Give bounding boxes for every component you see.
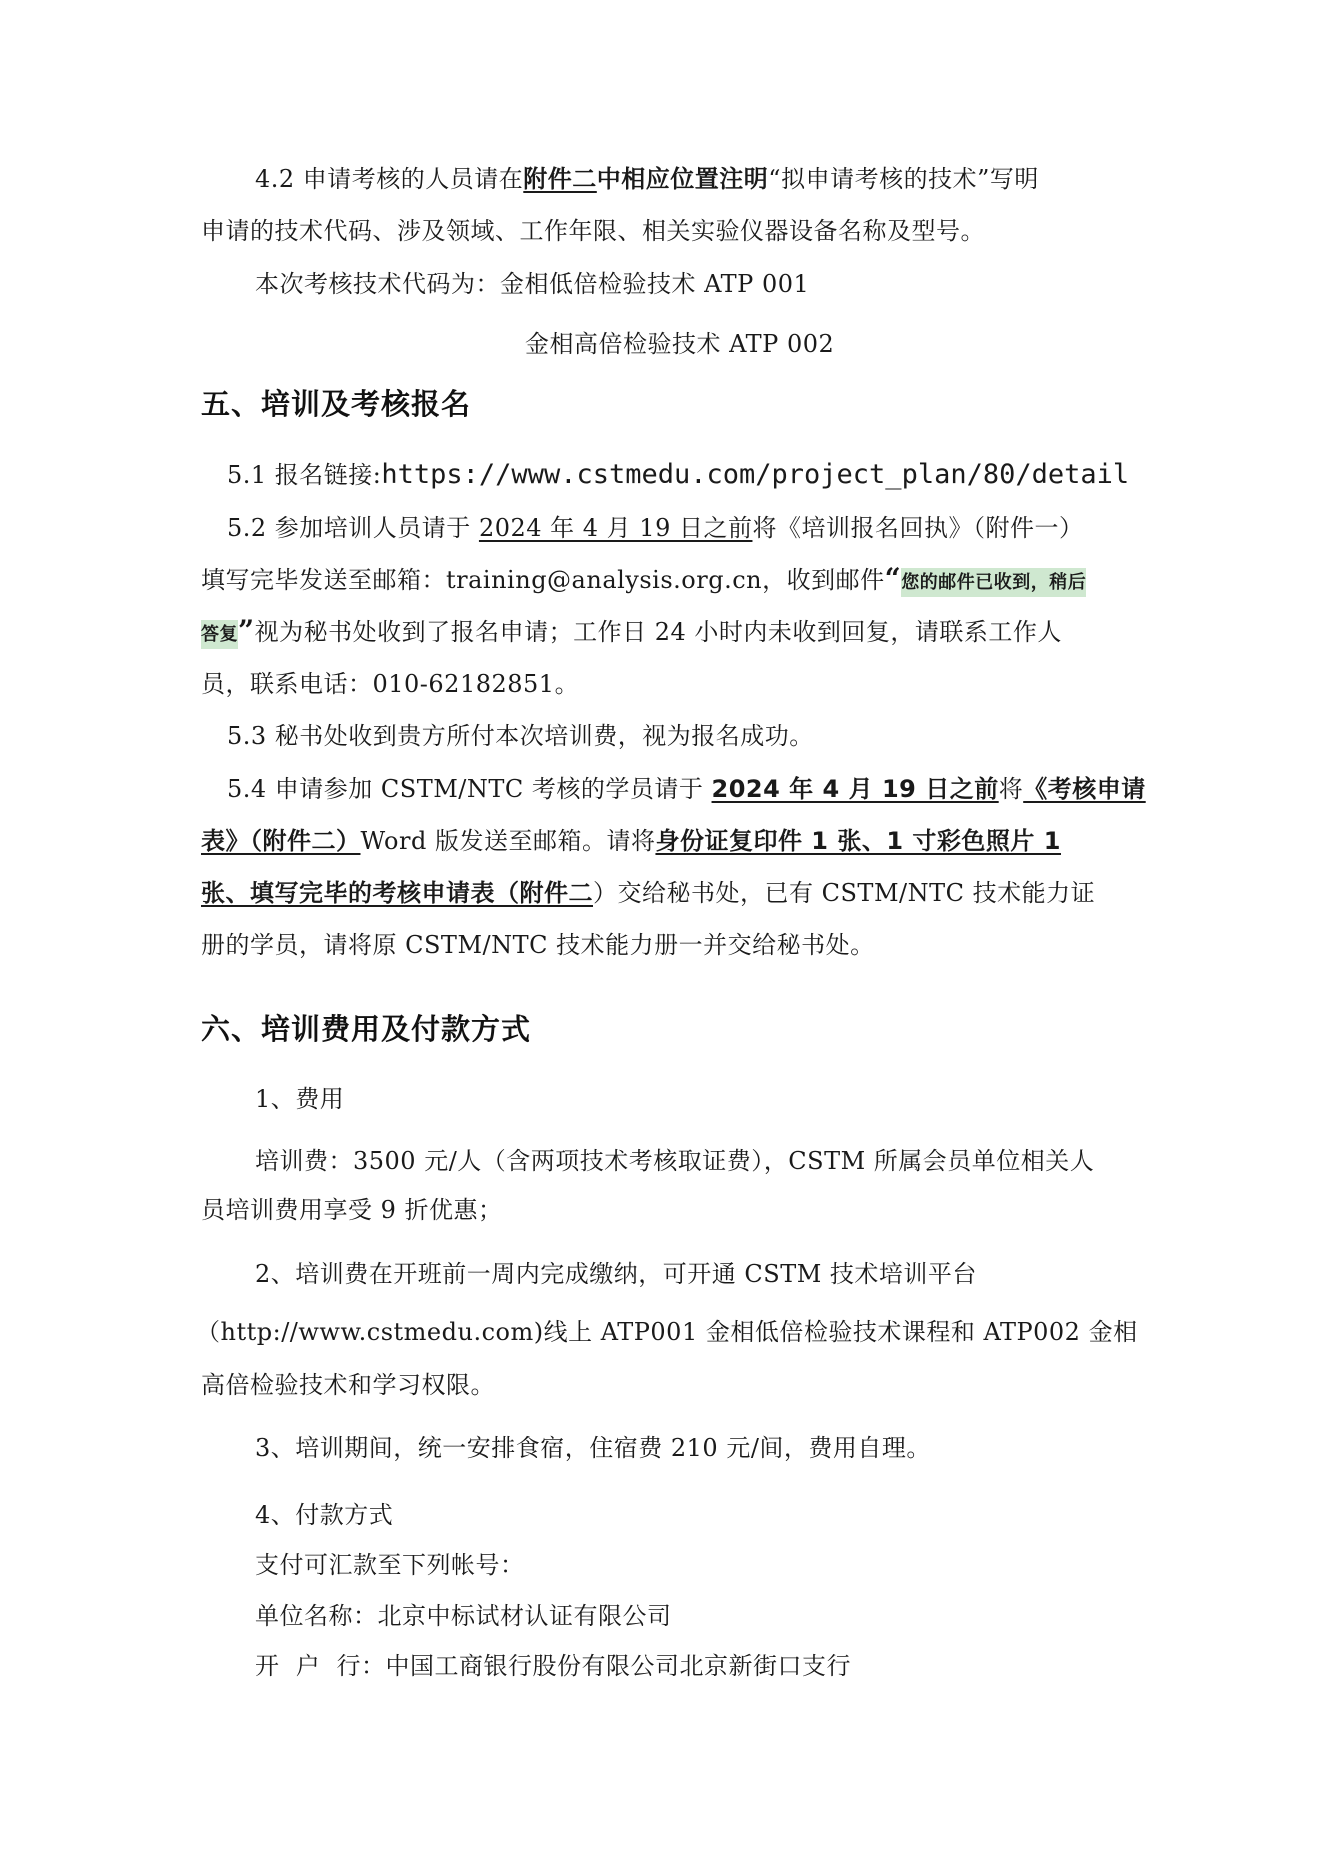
- paragraph-5-4-line3: 张、填写完毕的考核申请表（附件二）交给秘书处，已有 CSTM/NTC 技术能力证: [201, 877, 1131, 909]
- text: 5.4 申请参加 CSTM/NTC 考核的学员请于: [227, 775, 712, 803]
- tech-codes-line1: 本次考核技术代码为：金相低倍检验技术 ATP 001: [255, 268, 1185, 300]
- required-docs: 张、填写完毕的考核申请表（附件二: [201, 879, 593, 907]
- document-page: 4.2 申请考核的人员请在附件二中相应位置注明“拟申请考核的技术”写明 申请的技…: [0, 0, 1323, 1871]
- paragraph-5-2-line4: 员，联系电话：010-62182851。: [201, 668, 1131, 700]
- text: Word 版发送至邮箱。请将: [361, 827, 656, 855]
- text: 5.1 报名链接:: [227, 461, 381, 489]
- code-name: 金相高倍检验技术: [525, 330, 721, 358]
- item-2-line1: 2、培训费在开班前一周内完成缴纳，可开通 CSTM 技术培训平台: [255, 1258, 1185, 1290]
- deadline: 2024 年 4 月 19 日之前: [712, 775, 999, 803]
- paragraph-4-2-line2: 申请的技术代码、涉及领域、工作年限、相关实验仪器设备名称及型号。: [201, 215, 1131, 247]
- codes-label: 本次考核技术代码为：: [255, 270, 500, 298]
- tech-codes-line2: 金相高倍检验技术 ATP 002: [525, 328, 1323, 360]
- text: “拟申请考核的技术”写明: [768, 165, 1039, 193]
- code-value: ATP 001: [704, 270, 809, 298]
- item-1-line1: 培训费：3500 元/人（含两项技术考核取证费），CSTM 所属会员单位相关人: [255, 1145, 1185, 1177]
- item-2-line2: （http://www.cstmedu.com)线上 ATP001 金相低倍检验…: [196, 1316, 1126, 1348]
- paragraph-5-4-line1: 5.4 申请参加 CSTM/NTC 考核的学员请于 2024 年 4 月 19 …: [227, 773, 1157, 805]
- account-name: 北京中标试材认证有限公司: [378, 1602, 672, 1630]
- form-ref: 表》（附件二）: [201, 827, 361, 855]
- paragraph-5-4-line2: 表》（附件二）Word 版发送至邮箱。请将身份证复印件 1 张、1 寸彩色照片 …: [201, 825, 1131, 857]
- paragraph-5-2-line3: 答复”视为秘书处收到了报名申请；工作日 24 小时内未收到回复，请联系工作人: [201, 615, 1131, 651]
- code-name: 金相低倍检验技术: [500, 270, 696, 298]
- text: ）交给秘书处，已有 CSTM/NTC 技术能力证: [593, 879, 1095, 907]
- section-heading-6: 六、培训费用及付款方式: [201, 1011, 531, 1047]
- form-ref: 《考核申请: [1023, 775, 1146, 803]
- paragraph-5-2-line2: 填写完毕发送至邮箱：training@analysis.org.cn，收到邮件“…: [201, 563, 1131, 599]
- paragraph-4-2-line1: 4.2 申请考核的人员请在附件二中相应位置注明“拟申请考核的技术”写明: [255, 163, 1185, 195]
- text: 5.2 参加培训人员请于: [227, 514, 479, 542]
- text: 4.2 申请考核的人员请在: [255, 165, 523, 193]
- highlighted-reply-text: 答复: [201, 620, 238, 649]
- paragraph-5-1: 5.1 报名链接:https://www.cstmedu.com/project…: [227, 459, 1157, 491]
- attachment-two-ref: 附件二: [523, 165, 597, 193]
- item-1-title: 1、费用: [255, 1083, 1185, 1115]
- required-docs: 身份证复印件 1 张、1 寸彩色照片 1: [655, 827, 1061, 855]
- account-name-label: 单位名称：: [255, 1602, 378, 1630]
- close-quote: ”: [238, 614, 255, 647]
- highlighted-reply-text: 您的邮件已收到，稍后: [901, 568, 1086, 597]
- text: 将: [999, 775, 1024, 803]
- text: 视为秘书处收到了报名申请；工作日 24 小时内未收到回复，请联系工作人: [255, 618, 1062, 646]
- section-heading-5: 五、培训及考核报名: [201, 386, 471, 422]
- bank-label: 开 户 行：: [255, 1652, 386, 1680]
- item-1-line2: 员培训费用享受 9 折优惠；: [201, 1194, 1131, 1226]
- registration-link[interactable]: https://www.cstmedu.com/project_plan/80/…: [381, 459, 1129, 490]
- paragraph-5-4-line4: 册的学员，请将原 CSTM/NTC 技术能力册一并交给秘书处。: [201, 929, 1131, 961]
- item-2-line3: 高倍检验技术和学习权限。: [201, 1369, 1131, 1401]
- text: 将《培训报名回执》（附件一）: [752, 514, 1083, 542]
- bank-name: 中国工商银行股份有限公司北京新街口支行: [386, 1652, 852, 1680]
- text: 填写完毕发送至邮箱：training@analysis.org.cn，收到邮件: [201, 566, 885, 594]
- account-name-line: 单位名称：北京中标试材认证有限公司: [255, 1600, 1185, 1632]
- code-value: ATP 002: [729, 330, 834, 358]
- paragraph-5-3: 5.3 秘书处收到贵方所付本次培训费，视为报名成功。: [227, 720, 1157, 752]
- item-4-title: 4、付款方式: [255, 1499, 1185, 1531]
- paragraph-5-2-line1: 5.2 参加培训人员请于 2024 年 4 月 19 日之前将《培训报名回执》（…: [227, 512, 1157, 544]
- deadline: 2024 年 4 月 19 日之前: [479, 514, 753, 542]
- open-quote: “: [885, 562, 902, 595]
- bank-line: 开 户 行：中国工商银行股份有限公司北京新街口支行: [255, 1650, 1185, 1682]
- payment-intro: 支付可汇款至下列帐号：: [255, 1549, 1185, 1581]
- item-3: 3、培训期间，统一安排食宿，住宿费 210 元/间，费用自理。: [255, 1432, 1185, 1464]
- bold-text: 中相应位置注明: [597, 165, 769, 193]
